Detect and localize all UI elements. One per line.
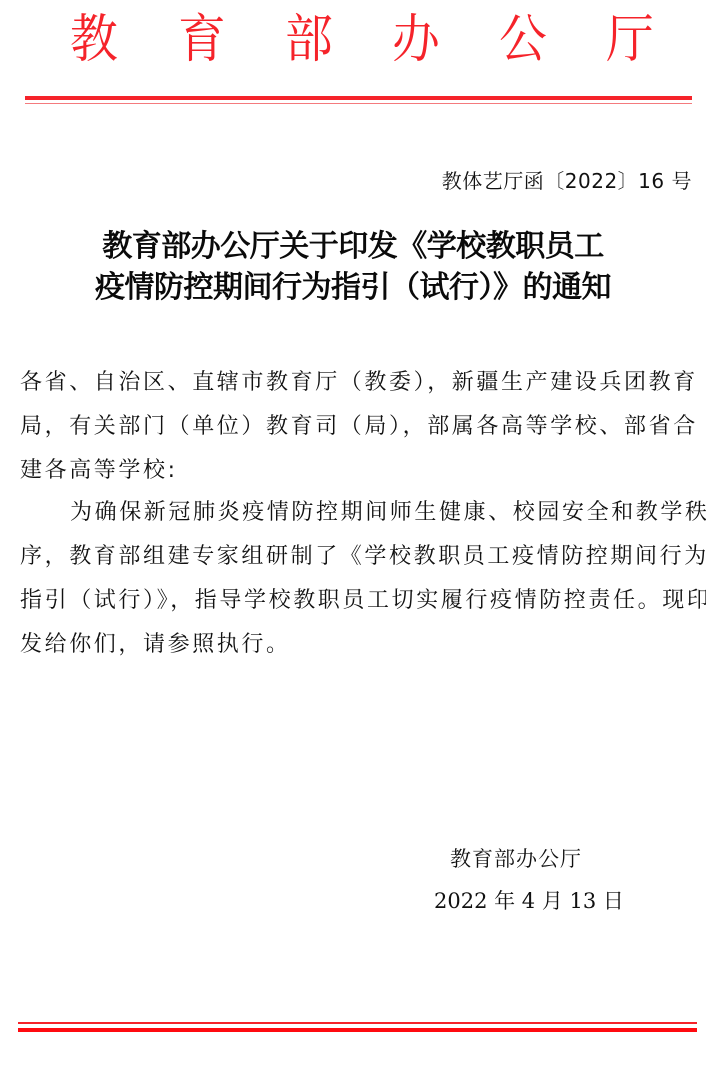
salutation-line: 各省、自治区、直辖市教育厅（教委），新疆生产建设兵团教育 xyxy=(20,361,692,405)
signature-org: 教育部办公厅 xyxy=(434,838,624,880)
document-title: 教育部办公厅关于印发《学校教职员工 疫情防控期间行为指引（试行）》的通知 xyxy=(0,226,706,308)
header-rule-thick xyxy=(25,96,692,100)
header-rule-thin xyxy=(25,103,692,104)
paragraph-line: 发给你们，请参照执行。 xyxy=(20,623,692,667)
signature-block: 教育部办公厅 2022 年 4 月 13 日 xyxy=(434,838,624,922)
letterhead-char: 办 xyxy=(392,10,440,70)
signature-date: 2022 年 4 月 13 日 xyxy=(434,880,624,922)
salutation: 各省、自治区、直辖市教育厅（教委），新疆生产建设兵团教育 局，有关部门（单位）教… xyxy=(20,361,692,493)
letterhead-char: 厅 xyxy=(606,10,654,70)
paragraph-line: 序，教育部组建专家组研制了《学校教职员工疫情防控期间行为 xyxy=(20,535,692,579)
paragraph-line: 指引（试行）》，指导学校教职员工切实履行疫情防控责任。现印 xyxy=(20,579,692,623)
paragraph-line: 为确保新冠肺炎疫情防控期间师生健康、校园安全和教学秩 xyxy=(20,491,692,535)
body-paragraph: 为确保新冠肺炎疫情防控期间师生健康、校园安全和教学秩 序，教育部组建专家组研制了… xyxy=(20,491,692,667)
letterhead-char: 公 xyxy=(499,10,547,70)
letterhead-char: 育 xyxy=(178,10,226,70)
letterhead-char: 教 xyxy=(70,10,118,70)
letterhead-char: 部 xyxy=(285,10,333,70)
salutation-line: 建各高等学校: xyxy=(20,449,692,493)
document-number: 教体艺厅函〔2022〕16 号 xyxy=(442,167,692,195)
title-line-1: 教育部办公厅关于印发《学校教职员工 xyxy=(0,226,706,267)
footer-rule-thin xyxy=(18,1022,697,1024)
footer-rule-thick xyxy=(18,1028,697,1032)
letterhead: 教 育 部 办 公 厅 xyxy=(0,6,706,76)
salutation-line: 局，有关部门（单位）教育司（局），部属各高等学校、部省合 xyxy=(20,405,692,449)
title-line-2: 疫情防控期间行为指引（试行）》的通知 xyxy=(0,267,706,308)
